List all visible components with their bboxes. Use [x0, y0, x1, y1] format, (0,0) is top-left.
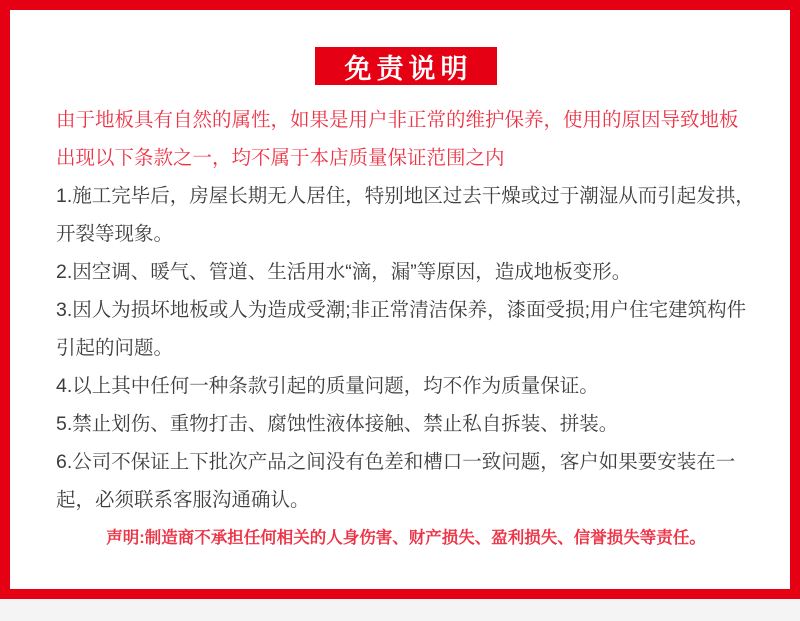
- disclaimer-clause-4: 4.以上其中任何一种条款引起的质量问题，均不作为质量保证。: [56, 367, 756, 405]
- disclaimer-statement: 声明:制造商不承担任何相关的人身伤害、财产损失、盈利损失、信誉损失等责任。: [56, 519, 756, 557]
- disclaimer-clause-6: 6.公司不保证上下批次产品之间没有色差和槽口一致问题，客户如果要安装在一起，必须…: [56, 443, 756, 519]
- disclaimer-clause-2: 2.因空调、暖气、管道、生活用水“滴，漏”等原因，造成地板变形。: [56, 253, 756, 291]
- disclaimer-intro: 由于地板具有自然的属性，如果是用户非正常的维护保养，使用的原因导致地板出现以下条…: [56, 101, 756, 177]
- disclaimer-clause-3: 3.因人为损坏地板或人为造成受潮;非正常清洁保养，漆面受损;用户住宅建筑构件引起…: [56, 291, 756, 367]
- disclaimer-clause-5: 5.禁止划伤、重物打击、腐蚀性液体接触、禁止私自拆装、拼装。: [56, 405, 756, 443]
- disclaimer-title-badge: 免责说明: [315, 47, 497, 85]
- disclaimer-title: 免责说明: [340, 47, 473, 86]
- disclaimer-panel: 免责说明 由于地板具有自然的属性，如果是用户非正常的维护保养，使用的原因导致地板…: [0, 0, 800, 599]
- disclaimer-clause-1: 1.施工完毕后，房屋长期无人居住，特别地区过去干燥或过于潮湿从而引起发拱，开裂等…: [56, 177, 756, 253]
- page: 免责说明 由于地板具有自然的属性，如果是用户非正常的维护保养，使用的原因导致地板…: [0, 0, 800, 621]
